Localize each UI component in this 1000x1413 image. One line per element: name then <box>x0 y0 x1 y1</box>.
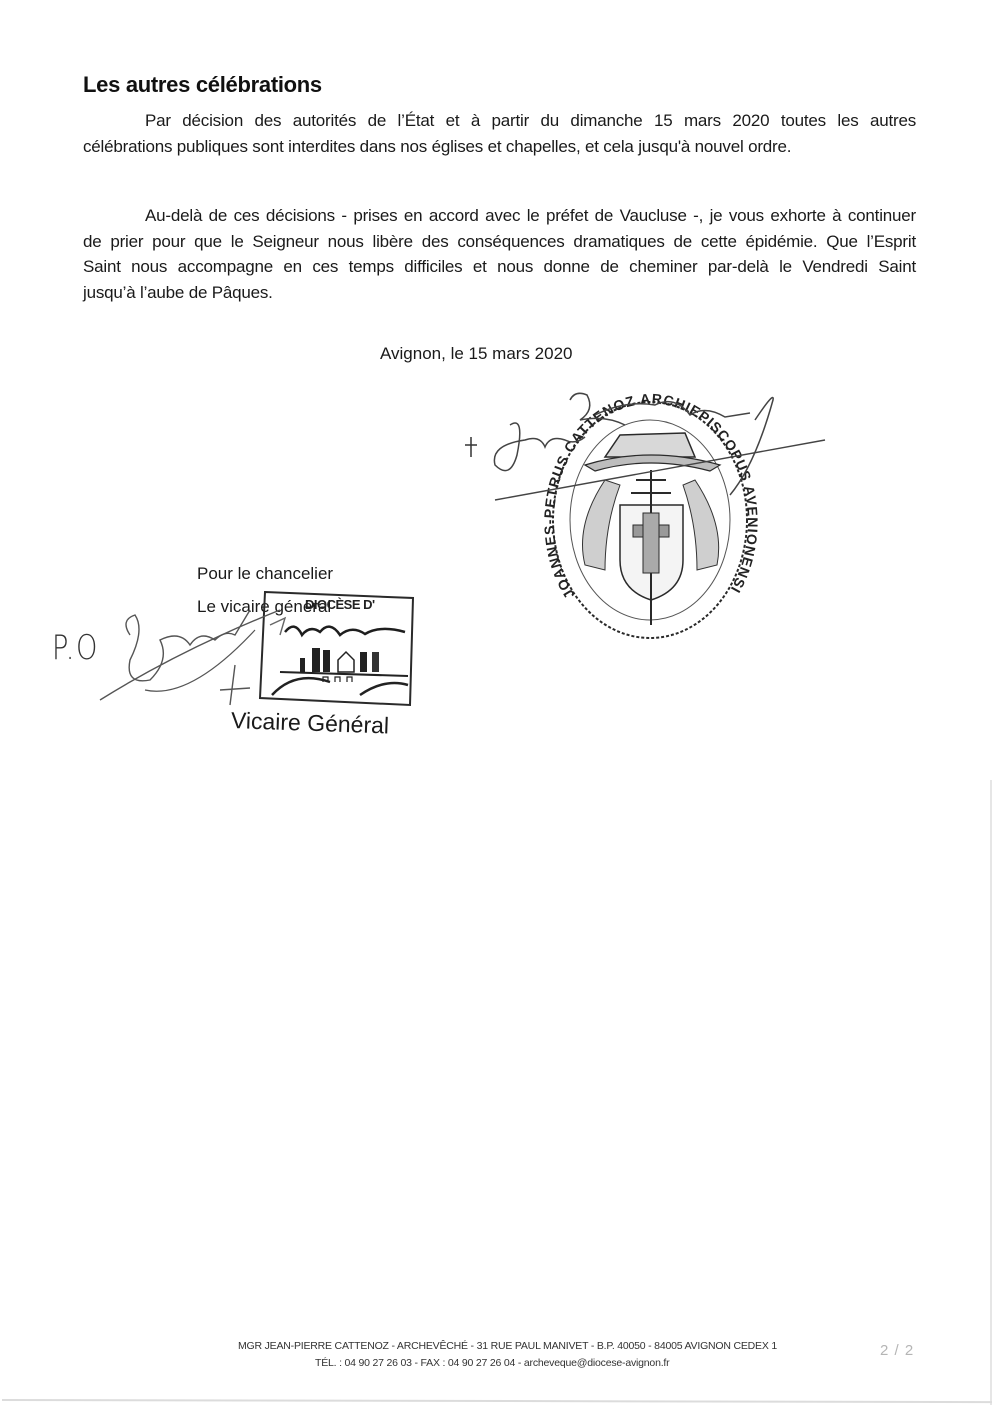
paragraph-line: célébrations publiques sont interdites d… <box>83 134 916 160</box>
place-date: Avignon, le 15 mars 2020 <box>380 344 572 364</box>
paragraph-line: jusqu’à l’aube de Pâques. <box>83 280 916 306</box>
document-page: Les autres célébrations Par décision des… <box>0 0 1000 1413</box>
stamp-title: DIOCÈSE D' <box>305 597 375 612</box>
footer-address: MGR JEAN-PIERRE CATTENOZ - ARCHEVÊCHÉ - … <box>238 1340 777 1352</box>
paragraph-celebrations: Par décision des autorités de l’État et … <box>83 108 916 159</box>
paragraph-line: Par décision des autorités de l’État et … <box>83 108 916 134</box>
paragraph-line: de prier pour que le Seigneur nous libèr… <box>83 229 916 255</box>
vicar-general-title: Vicaire Général <box>231 707 390 740</box>
po-mark: P.O <box>52 628 99 668</box>
coat-of-arms-seal-icon: JOANNES-PETRUS CATTENOZ ARCHIEPISCOPUS A… <box>455 385 835 645</box>
paragraph-line: Saint nous accompagne en ces temps diffi… <box>83 254 916 280</box>
section-title: Les autres célébrations <box>83 72 322 98</box>
page-edge-right <box>990 780 992 1405</box>
paragraph-line: Au-delà de ces décisions - prises en acc… <box>83 203 916 229</box>
chancellor-label: Pour le chancelier <box>197 564 333 584</box>
page-number: 2 / 2 <box>880 1342 914 1359</box>
footer-contact: TÉL. : 04 90 27 26 03 - FAX : 04 90 27 2… <box>315 1357 669 1369</box>
archbishop-seal-signature: JOANNES-PETRUS CATTENOZ ARCHIEPISCOPUS A… <box>455 385 835 645</box>
page-edge-bottom <box>2 1399 992 1403</box>
paragraph-exhortation: Au-delà de ces décisions - prises en acc… <box>83 203 916 305</box>
